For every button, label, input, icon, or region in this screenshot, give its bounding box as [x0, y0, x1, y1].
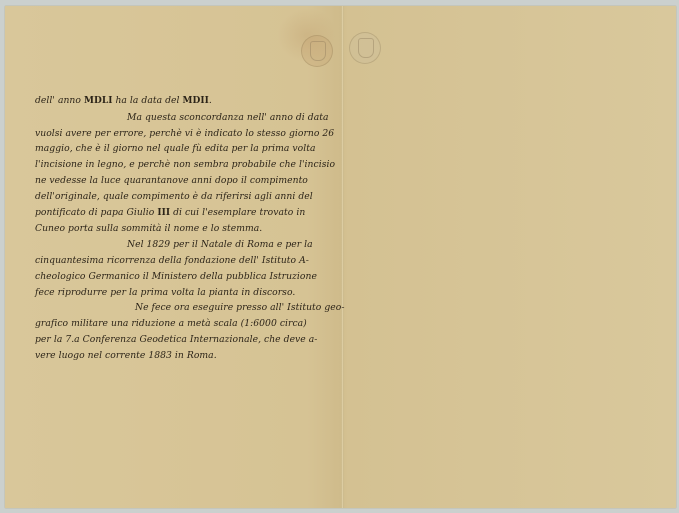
left-page-text: dell' anno MDLI ha la data del MDII. Ma … [35, 93, 335, 364]
text-line: Cuneo porta sulla sommità il nome e lo s… [35, 221, 335, 237]
text-line: Nel 1829 per il Natale di Roma e per la [35, 237, 335, 253]
embossed-seal-right-icon [349, 32, 381, 64]
text-line: ne vedesse la luce quarantanove anni dop… [35, 173, 335, 189]
text-line: l'incisione in legno, e perchè non sembr… [35, 157, 335, 173]
text-line: vere luogo nel corrente 1883 in Roma. [35, 348, 335, 364]
page-fold [341, 6, 344, 508]
text-line: per la 7.a Conferenza Geodetica Internaz… [35, 332, 335, 348]
text-line: cinquantesima ricorrenza della fondazion… [35, 253, 335, 269]
embossed-seal-left-icon [301, 35, 333, 67]
text-line: fece riprodurre per la prima volta la pi… [35, 285, 335, 301]
text-line: Ma questa sconcordanza nell' anno di dat… [35, 110, 335, 126]
text-line: dell'originale, quale compimento è da ri… [35, 189, 335, 205]
text-line: vuolsi avere per errore, perchè vi è ind… [35, 126, 335, 142]
document-sheet: dell' anno MDLI ha la data del MDII. Ma … [5, 6, 676, 508]
text-line: Ne fece ora eseguire presso all' Istitut… [35, 300, 335, 316]
text-line: maggio, che è il giorno nel quale fù edi… [35, 141, 335, 157]
text-line: grafico militare una riduzione a metà sc… [35, 316, 335, 332]
text-line: pontificato di papa Giulio III di cui l'… [35, 205, 335, 222]
text-line: cheologico Germanico il Ministero della … [35, 269, 335, 285]
text-line: dell' anno MDLI ha la data del MDII. [35, 93, 335, 110]
